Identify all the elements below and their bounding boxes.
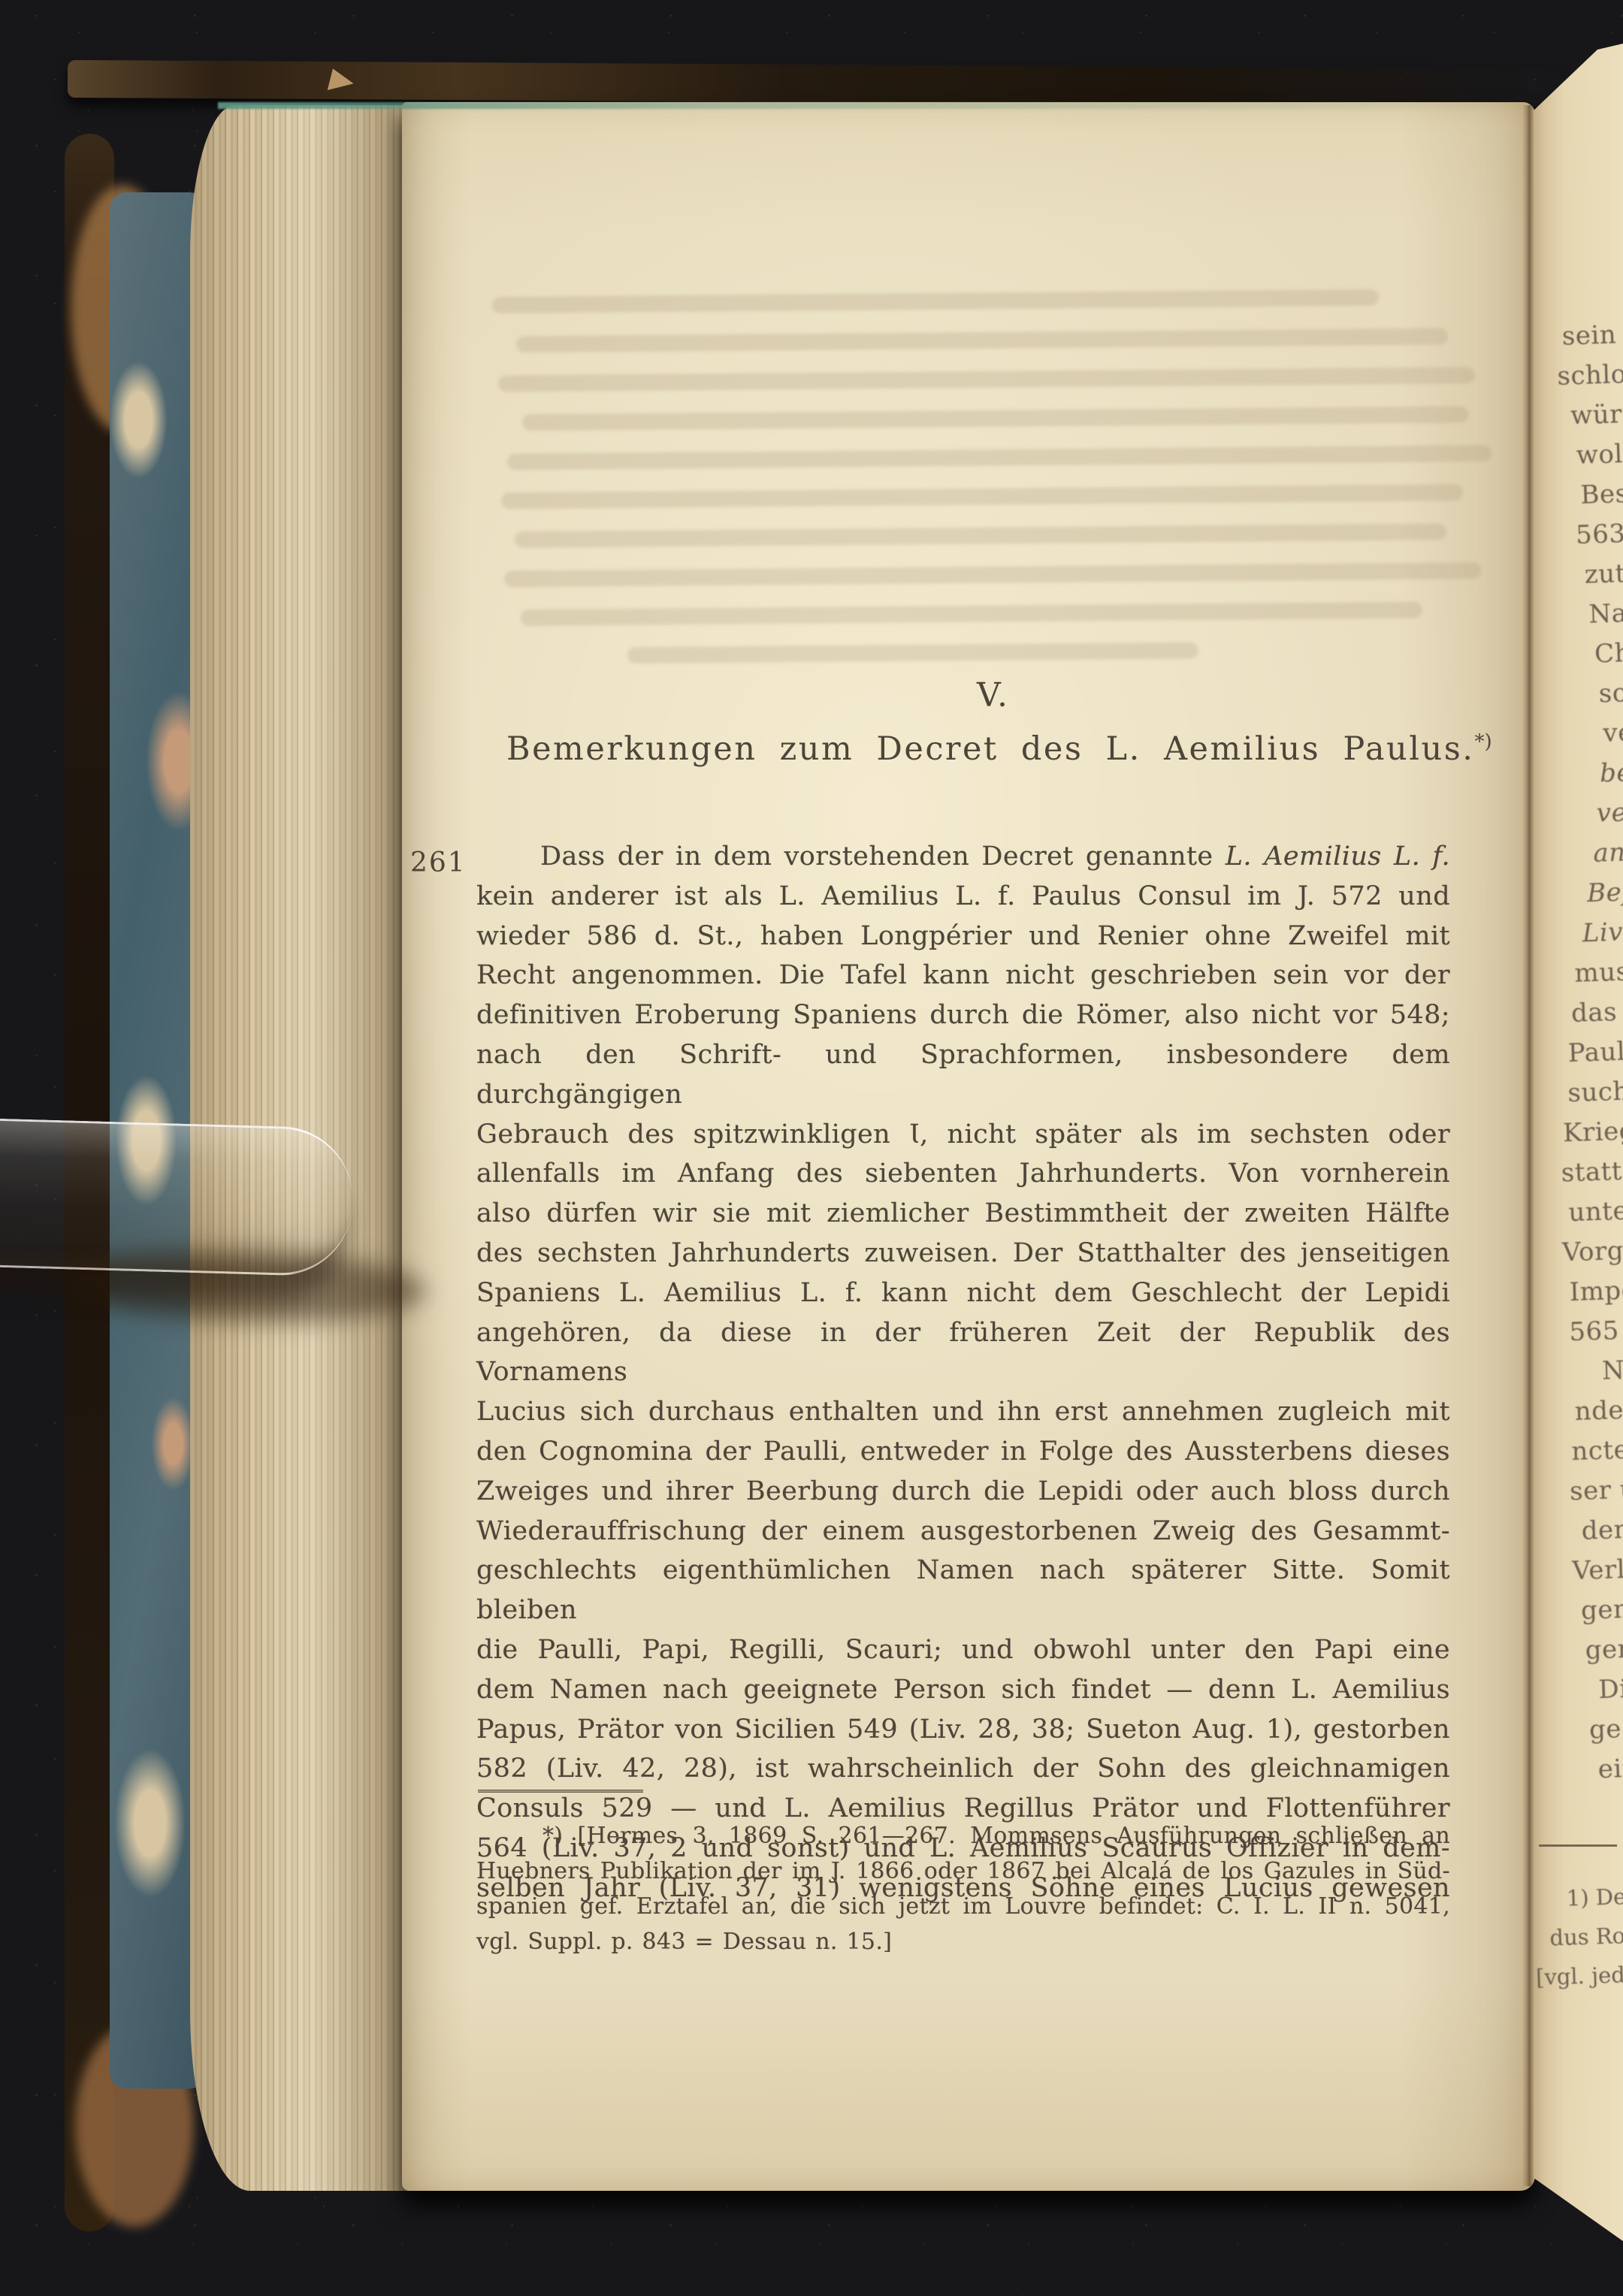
cutoff-text-fragment: muss ihm <box>1574 949 1623 994</box>
text-line: Zweiges und ihrer Beerbung durch die Lep… <box>476 1472 1450 1512</box>
cutoff-text-fragment: gen Platz <box>1585 1626 1623 1671</box>
cutoff-text-fragment: Paullus Am <box>1567 1029 1623 1074</box>
cutoff-text-fragment: such. S. 88 <box>1567 1068 1623 1113</box>
footnote-rule <box>478 1790 643 1793</box>
bleedthrough-line <box>498 367 1475 391</box>
text-line: die Paulli, Papi, Regilli, Scauri; und o… <box>476 1630 1450 1670</box>
text-line: spanien gef. Erztafel an, die sich jetzt… <box>476 1889 1450 1924</box>
cutoff-text-fragment: Chron. <box>1594 630 1623 674</box>
text-line: Dass der in dem vorstehenden Decret gena… <box>476 837 1450 877</box>
cutoff-text-fragment: [vgl. jedoch Herm <box>1535 1952 1623 1997</box>
scanned-book-photo: V. Bemerkungen zum Decret des L. Aemiliu… <box>0 0 1623 2296</box>
cutoff-text-fragment: sein könn <box>1561 312 1623 356</box>
text-line: *) [Hermes 3, 1869 S. 261—267. Mommsens … <box>476 1818 1450 1853</box>
cutoff-text-fragment: das Jahr v <box>1570 989 1623 1034</box>
text-line: wieder 586 d. St., haben Longpérier und … <box>476 917 1450 956</box>
cutoff-text-fragment: Kriegsvorgä <box>1562 1108 1623 1153</box>
bleedthrough-line <box>515 524 1446 548</box>
chapter-title: Bemerkungen zum Decret des L. Aemilius P… <box>506 730 1480 768</box>
bleedthrough-line <box>522 406 1469 431</box>
body-text: Dass der in dem vorstehenden Decret gena… <box>476 837 1450 1908</box>
text-line: Wiederauffrischung der einem ausgestorbe… <box>476 1512 1450 1551</box>
text-line: also dürfen wir sie mit ziemlicher Besti… <box>476 1194 1450 1234</box>
chapter-title-text: Bemerkungen zum Decret des L. Aemilius P… <box>506 730 1474 768</box>
cutoff-text-fragment: anlangte ( <box>1593 829 1623 874</box>
cutoff-text-fragment: wollte a <box>1576 431 1623 476</box>
bleedthrough-line <box>516 328 1448 353</box>
cutoff-text-fragment: zutreffe <box>1584 551 1623 595</box>
next-page-text-fragments: sein könnschlossen,würde inwollte aBesie… <box>1533 312 1623 1790</box>
cutoff-text-fragment: Nasica, <box>1588 591 1623 635</box>
text-line: des sechsten Jahrhunderts zuweisen. Der … <box>476 1234 1450 1273</box>
text-line: Papus, Prätor von Sicilien 549 (Liv. 28,… <box>476 1710 1450 1750</box>
main-page: V. Bemerkungen zum Decret des L. Aemiliu… <box>402 102 1535 2191</box>
cutoff-text-fragment: Imperator, <box>1569 1267 1623 1313</box>
teal-edge-stain <box>218 102 1525 109</box>
next-page-edge: sein könnschlossen,würde inwollte aBesie… <box>1533 42 1623 2258</box>
footnote: *) [Hermes 3, 1869 S. 261—267. Mommsens … <box>476 1818 1450 1959</box>
next-page-footnote-fragments: 1) Dem Stdus Romm[vgl. jedoch Herm <box>1533 1874 1623 1996</box>
bleedthrough-line <box>492 289 1379 313</box>
cutoff-text-fragment: würde in <box>1570 391 1623 436</box>
cutoff-text-fragment: dus Romm <box>1549 1913 1623 1957</box>
cutoff-text-fragment: Livius unt <box>1582 909 1623 953</box>
cutoff-text-fragment: Nächst <box>1601 1347 1623 1391</box>
cutoff-text-fragment: sodann <box>1598 670 1623 714</box>
bleedthrough-line <box>507 445 1492 470</box>
text-line: 582 (Liv. 42, 28), ist wahrscheinlich de… <box>476 1749 1450 1789</box>
bleedthrough-line <box>627 642 1198 664</box>
cutoff-text-fragment: Verlauf kün <box>1572 1546 1623 1592</box>
next-page-footnote-rule <box>1539 1844 1617 1847</box>
text-line: kein anderer ist als L. Aemilius L. f. P… <box>476 877 1450 917</box>
cutoff-text-fragment: unter dem <box>1568 1188 1623 1233</box>
text-line: allenfalls im Anfang des siebenten Jahrh… <box>476 1154 1450 1194</box>
text-line: Lucius sich durchaus enthalten und ihn e… <box>476 1392 1450 1432</box>
bleedthrough-line <box>504 562 1481 587</box>
text-line: vgl. Suppl. p. 843 = Dessau n. 15.] <box>476 1924 1450 1959</box>
cutoff-text-fragment: 565 sein. <box>1569 1307 1623 1352</box>
cutoff-text-fragment: den Sätze <box>1581 1506 1623 1551</box>
bleedthrough-line <box>521 602 1422 626</box>
cutoff-text-fragment: ncte in d <box>1571 1427 1623 1472</box>
section-heading: V. <box>506 676 1480 714</box>
cutoff-text-fragment: ge und in <box>1588 1705 1623 1751</box>
bleedthrough-line <box>501 484 1463 509</box>
text-line: Spaniens L. Aemilius L. f. kann nicht de… <box>476 1273 1450 1313</box>
text-line: Huebners Publikation der im J. 1866 oder… <box>476 1853 1450 1889</box>
text-line: den Cognomina der Paulli, entweder in Fo… <box>476 1432 1450 1472</box>
book-cover-top-edge <box>68 60 1567 107</box>
cutoff-text-fragment: statteten Ber <box>1561 1148 1623 1193</box>
cutoff-text-fragment: ein einzig <box>1597 1745 1623 1790</box>
cutoff-text-fragment: vermuthl <box>1596 790 1623 834</box>
cutoff-text-fragment: Vorgefallene <box>1561 1228 1623 1273</box>
margin-page-number: 261 <box>410 847 467 878</box>
cutoff-text-fragment: nde sind <box>1574 1387 1623 1432</box>
cutoff-text-fragment: 563 fg. <box>1575 511 1623 555</box>
cutoff-text-fragment: bestimm <box>1599 750 1623 793</box>
text-line: Gebrauch des spitzwinkligen Ɩ, nicht spä… <box>476 1115 1450 1155</box>
text-line: definitiven Eroberung Spaniens durch die… <box>476 995 1450 1035</box>
cutoff-text-fragment: gen über <box>1580 1586 1623 1631</box>
cutoff-text-fragment: schlossen, <box>1557 352 1623 397</box>
text-line: geschlechts eigenthümlichen Namen nach s… <box>476 1551 1450 1630</box>
footnote-marker: *) <box>1474 731 1492 754</box>
cutoff-text-fragment: Die Wort <box>1598 1666 1623 1711</box>
text-line: angehören, da diese in der früheren Zeit… <box>476 1313 1450 1393</box>
cutoff-text-fragment: Befehl ab <box>1586 869 1623 914</box>
cutoff-text-fragment: Besiege <box>1580 471 1623 515</box>
text-line: nach den Schrift- und Sprachformen, insb… <box>476 1035 1450 1115</box>
text-line: Recht angenommen. Die Tafel kann nicht g… <box>476 956 1450 995</box>
cutoff-text-fragment: verläng <box>1603 710 1623 754</box>
cutoff-text-fragment: 1) Dem St <box>1566 1874 1623 1917</box>
page-gutter-crease <box>1522 105 1534 2186</box>
text-line: dem Namen nach geeignete Person sich fin… <box>476 1670 1450 1710</box>
cutoff-text-fragment: ser ungew <box>1569 1467 1623 1512</box>
transparent-page-holder-clip <box>0 1118 355 1277</box>
